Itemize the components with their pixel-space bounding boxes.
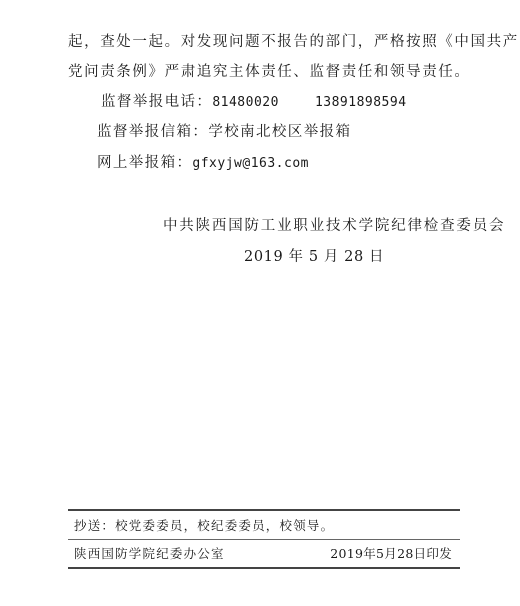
issuer: 陕西国防学院纪委办公室 xyxy=(74,546,225,562)
signature-organization: 中共陕西国防工业职业技术学院纪律检查委员会 xyxy=(163,217,505,235)
signature-date: 2019 年 5 月 28 日 xyxy=(244,248,384,266)
footer-bottom-rule xyxy=(68,567,460,569)
phone-number-1: 81480020 xyxy=(212,95,279,110)
issue-date: 2019年5月28日印发 xyxy=(330,546,452,562)
footer-middle-rule xyxy=(68,539,460,540)
cc-value: 校党委委员，校纪委委员，校领导。 xyxy=(115,518,334,533)
phone-number-2: 13891898594 xyxy=(315,95,407,110)
cc-label: 抄送： xyxy=(74,518,115,533)
email-line: 网上举报箱：gfxyjw@163.com xyxy=(97,154,309,173)
email-value: gfxyjw@163.com xyxy=(192,156,309,171)
mailbox-line: 监督举报信箱：学校南北校区举报箱 xyxy=(97,123,351,141)
phone-label: 监督举报电话： xyxy=(101,94,212,110)
mailbox-label: 监督举报信箱： xyxy=(97,124,208,140)
phone-line: 监督举报电话：8148002013891898594 xyxy=(101,93,407,112)
footer-top-rule xyxy=(68,509,460,511)
paragraph-line-2: 党问责条例》严肃追究主体责任、监督责任和领导责任。 xyxy=(68,63,471,81)
cc-line: 抄送：校党委委员，校纪委委员，校领导。 xyxy=(74,518,334,534)
paragraph-line-1: 起，查处一起。对发现问题不报告的部门，严格按照《中国共产 xyxy=(68,33,519,51)
mailbox-value: 学校南北校区举报箱 xyxy=(208,124,351,140)
email-label: 网上举报箱： xyxy=(97,155,192,171)
